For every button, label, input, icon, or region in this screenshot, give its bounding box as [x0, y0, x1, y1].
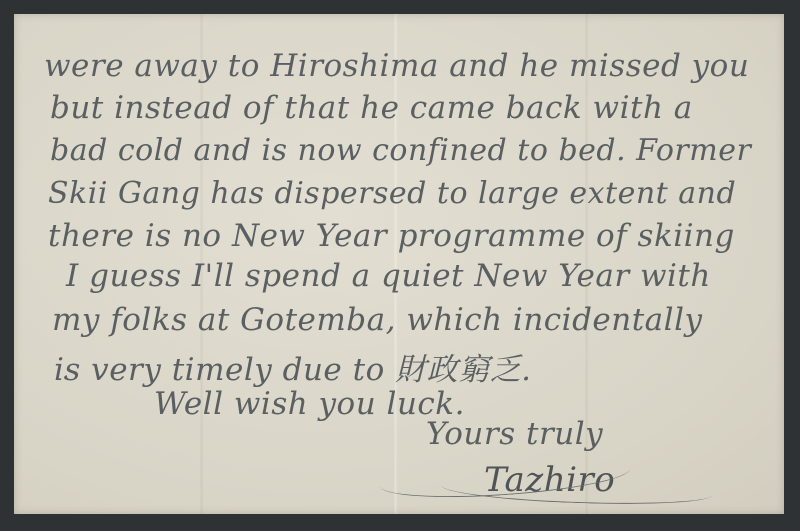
scan-frame: were away to Hiroshima and he missed you…	[0, 0, 800, 531]
letter-line-6: I guess I'll spend a quiet New Year with	[66, 258, 711, 294]
letter-line-8: is very timely due to 財政窮乏.	[54, 344, 531, 389]
letter-page: were away to Hiroshima and he missed you…	[14, 14, 784, 514]
closing-line: Well wish you luck.	[154, 386, 465, 422]
letter-line-2: but instead of that he came back with a	[50, 90, 693, 126]
valediction: Yours truly	[426, 416, 603, 452]
letter-line-1: were away to Hiroshima and he missed you	[44, 48, 749, 84]
letter-line-7: my folks at Gotemba, which incidentally	[52, 302, 703, 338]
letter-line-4: Skii Gang has dispersed to large extent …	[48, 176, 736, 211]
signature-underline	[442, 473, 713, 507]
letter-line-3: bad cold and is now confined to bed. For…	[50, 133, 751, 168]
letter-line-5: there is no New Year programme of skiing	[48, 218, 735, 254]
